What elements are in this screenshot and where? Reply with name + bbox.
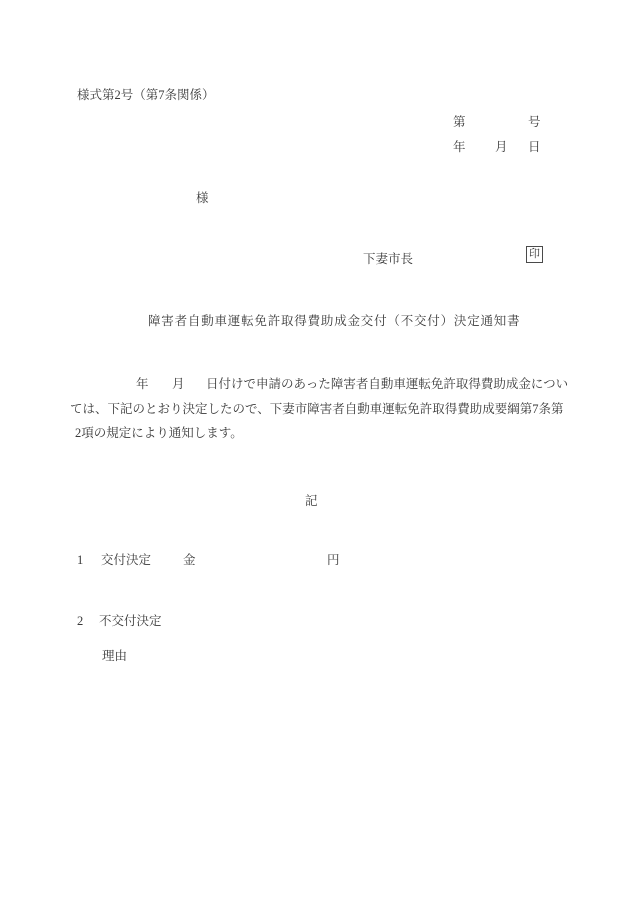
addressee-honorific: 様 xyxy=(196,191,209,207)
seal-stamp-box: 印 xyxy=(526,246,543,263)
item-1-amount-unit: 円 xyxy=(327,553,340,569)
seal-label: 印 xyxy=(529,249,540,260)
date-day-label: 日 xyxy=(528,140,541,156)
body-line1: 日付けで申請のあった障害者自動車運転免許取得費助成金につい xyxy=(206,377,568,393)
body-month-label: 月 xyxy=(172,377,185,393)
sender-title: 下妻市長 xyxy=(363,252,413,268)
item-1-label: 交付決定 xyxy=(101,553,151,569)
document-page: 様式第2号（第7条関係） 第 号 年 月 日 様 下妻市長 印 障害者自動車運転… xyxy=(0,0,630,915)
body-year-label: 年 xyxy=(136,377,149,393)
body-line2: ては、下記のとおり決定したので、下妻市障害者自動車運転免許取得費助成要綱第7条第 xyxy=(70,402,564,418)
item-1-number: 1 xyxy=(77,553,83,569)
item-2-label: 不交付決定 xyxy=(99,614,162,630)
date-month-label: 月 xyxy=(495,140,508,156)
date-year-label: 年 xyxy=(453,140,466,156)
doc-number-suffix: 号 xyxy=(528,115,541,131)
doc-number-prefix: 第 xyxy=(453,115,466,131)
reason-label: 理由 xyxy=(102,649,127,665)
item-1-amount-prefix: 金 xyxy=(183,553,196,569)
body-line3: 2項の規定により通知します。 xyxy=(75,426,243,442)
item-2-number: 2 xyxy=(77,614,83,630)
record-marker: 記 xyxy=(305,494,318,510)
form-number: 様式第2号（第7条関係） xyxy=(77,88,215,104)
document-title: 障害者自動車運転免許取得費助成金交付（不交付）決定通知書 xyxy=(148,314,520,330)
